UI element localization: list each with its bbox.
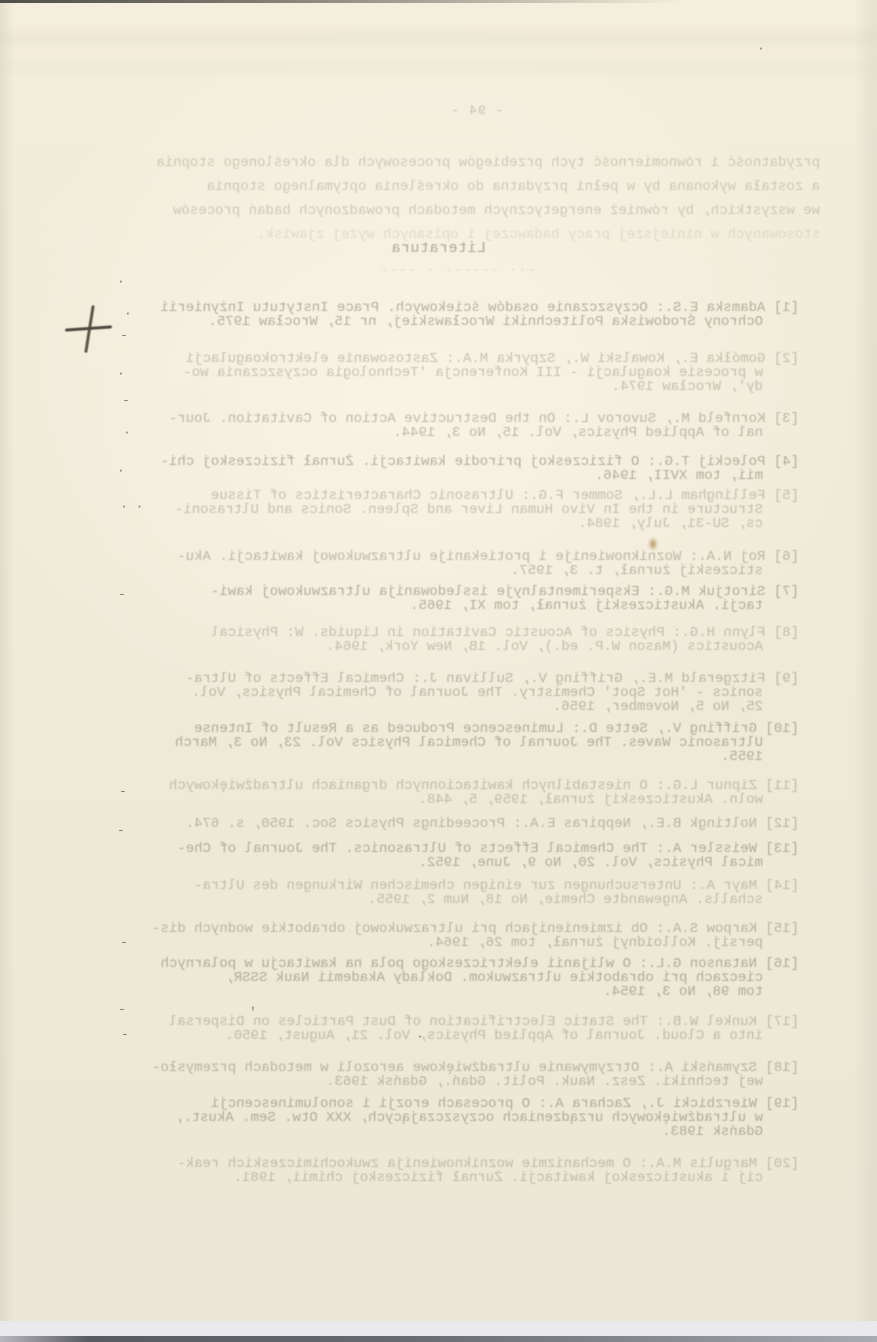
bib-entry: [15] Karpow S.A.: Ob izmienienijach pri … — [74, 923, 799, 951]
bib-entry-line: 1955. — [74, 751, 799, 765]
bib-entry: [8] Flynn H.G.: Physics of Acoustic Cavi… — [74, 627, 799, 655]
bib-entry-line: Ochrony Środowiska Politechniki Wrocławs… — [74, 316, 799, 330]
bib-entry: [13] Weissler A.: The Chemical Effects o… — [74, 843, 799, 871]
pencil-margin-mark: - — [117, 826, 125, 836]
pencil-margin-mark: - — [120, 331, 128, 341]
bib-entry: [17] Kunkel W.B.: The Static Electrifica… — [74, 1016, 799, 1044]
pencil-margin-mark: · · — [120, 502, 143, 512]
bib-entry: [3] Kornfeld M., Suvorov L.: On the Dest… — [74, 413, 799, 441]
bib-entry: [12] Noltingk B.E., Neppiras E.A.: Proce… — [74, 818, 799, 832]
bib-entry-line: cs, SU-31, July, 1984. — [74, 518, 799, 532]
mirrored-bleedthrough-layer: - 94 - przydatność i równomierność tych … — [0, 0, 877, 1342]
bib-entry-line: into a Cloud. Journal of Applied Physics… — [74, 1030, 799, 1044]
stain — [648, 537, 658, 551]
bib-entry: [16] Natanson G.L.: O wlijanii elektricz… — [74, 958, 799, 999]
pencil-margin-mark: ' — [249, 1008, 257, 1018]
bib-entry: [18] Szymański A.: Otrzymywanie ultradźw… — [74, 1062, 799, 1090]
bib-entry-line: cij i akusticzeskoj kawitacji. Żurnał fi… — [74, 1172, 799, 1186]
bib-entry-line: mii, tom XVII, 1946. — [74, 470, 799, 484]
bib-entry: [4] Poleckij T.G.: O fiziczeskoj prirodi… — [74, 456, 799, 484]
bib-entry-first-line: [12] Noltingk B.E., Neppiras E.A.: Proce… — [74, 818, 799, 832]
pencil-margin-mark: · — [124, 309, 132, 319]
bibliography-list: [1] Adamska E.S.: Oczyszczanie osadów śc… — [74, 0, 799, 1342]
bib-entry: [19] Wierzbicki J., Zachara A.: O proces… — [74, 1098, 799, 1139]
pencil-margin-mark: · — [117, 277, 125, 287]
pencil-margin-mark: - — [122, 396, 130, 406]
bib-entry-line: nal of Applied Physics, Vol. 15, No 3, 1… — [74, 427, 799, 441]
scan-edge-top — [0, 0, 877, 3]
bib-entry: [6] Roj N.A.: Wozniknowienije i protieka… — [74, 551, 799, 579]
bib-entry: [1] Adamska E.S.: Oczyszczanie osadów śc… — [74, 302, 799, 330]
pencil-margin-mark: · — [757, 44, 765, 54]
scanned-document-page: { "page": { "number": "- 94 -", "heading… — [0, 0, 877, 1342]
pencil-cross-mark — [65, 305, 115, 355]
bib-entry-line: wej techniki. Zesz. Nauk. Polit. Gdań., … — [74, 1076, 799, 1090]
bib-entry-line: dy', Wrocław 1974. — [74, 381, 799, 395]
bib-entry-line: persij. Kolloidnyj żurnał, tom 26, 1964. — [74, 937, 799, 951]
bib-entry-line: 25, No 5, November, 1956. — [74, 701, 799, 715]
pencil-margin-mark: - — [118, 1005, 126, 1015]
pencil-margin-mark: · — [416, 1032, 424, 1042]
bib-entry: [7] Sirotjuk M.G.: Eksperimentalnyje iss… — [74, 586, 799, 614]
pencil-margin-mark: - — [120, 938, 128, 948]
pencil-margin-mark: - — [118, 590, 126, 600]
bib-entry-line: schalls. Angewandte Chemie, No 18, Num 2… — [74, 894, 799, 908]
pencil-margin-mark: · — [123, 428, 131, 438]
pencil-margin-mark: - — [119, 787, 127, 797]
bib-entry-line: tacji. Akusticzeskij żurnał, tom XI, 196… — [74, 600, 799, 614]
bib-entry: [14] Mayr A.: Untersuchungen zur einigen… — [74, 880, 799, 908]
bib-entry: [2] Gomółka E., Kowalski W., Szpyrka M.A… — [74, 353, 799, 394]
bib-entry: [20] Margulis M.A.: O mechanizmie woznik… — [74, 1158, 799, 1186]
pencil-margin-mark: - — [121, 1030, 129, 1040]
bib-entry: [11] Zipnur L.G.: O niestabilnych kawita… — [74, 780, 799, 808]
bib-entry-line: sticzeskij żurnał, t. 3, 1957. — [74, 565, 799, 579]
bib-entry: [9] Fitzgerald M.E., Griffing V., Sulliv… — [74, 673, 799, 714]
bib-entry: [10] Griffing V., Sette D.: Luminescence… — [74, 723, 799, 764]
pencil-margin-mark: · — [117, 466, 125, 476]
bib-entry-line: woln. Akusticzeskij żurnał, 1959, 5, 448… — [74, 794, 799, 808]
bib-entry: [5] Fellingham L.L., Sommer F.G.: Ultras… — [74, 490, 799, 531]
bib-entry-line: mical Physics, Vol. 20, No 9, June, 1952… — [74, 857, 799, 871]
bib-entry-line: Acoustics (Mason W.P. ed.), Vol. 1B, New… — [74, 641, 799, 655]
bib-entry-line: Gdańsk 1983. — [74, 1126, 799, 1140]
bib-entry-line: tom 98, No 3, 1954. — [74, 986, 799, 1000]
bib-entry-line: Ultrasonic Waves. The Journal of Chemica… — [74, 737, 799, 751]
pencil-margin-mark: · — [117, 369, 125, 379]
scan-edge-bottom — [0, 1336, 877, 1342]
